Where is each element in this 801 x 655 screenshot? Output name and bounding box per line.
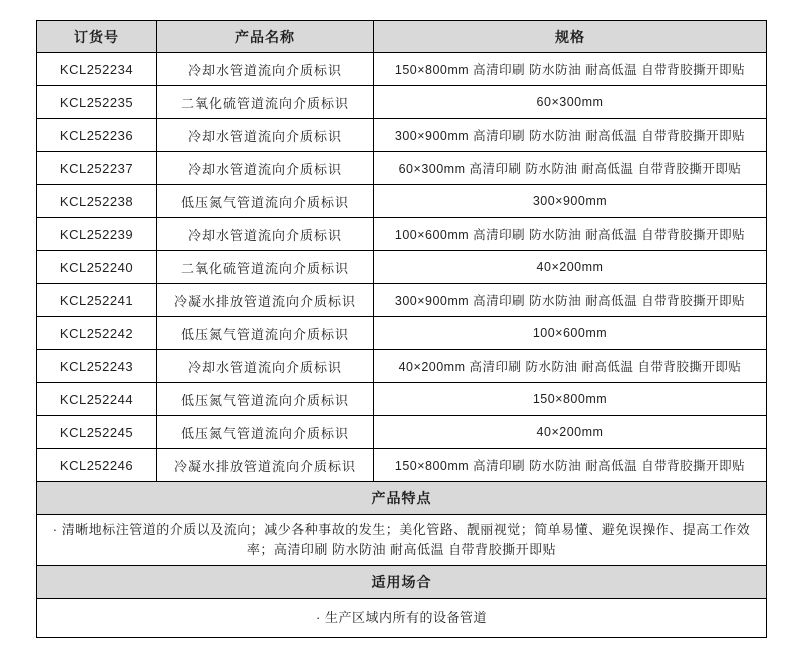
order-no-cell: KCL252246 [37,449,157,482]
spec-cell: 40×200mm [374,251,767,284]
table-row: KCL252238低压氮气管道流向介质标识300×900mm [37,185,767,218]
spec-cell: 100×600mm [374,317,767,350]
product-name-cell: 低压氮气管道流向介质标识 [157,416,374,449]
order-no-cell: KCL252238 [37,185,157,218]
table-row: KCL252246冷凝水排放管道流向介质标识150×800mm 高清印刷 防水防… [37,449,767,482]
order-no-cell: KCL252240 [37,251,157,284]
spec-cell: 150×800mm 高清印刷 防水防油 耐高低温 自带背胶撕开即贴 [374,53,767,86]
table-row: KCL252245低压氮气管道流向介质标识40×200mm [37,416,767,449]
spec-cell: 150×800mm [374,383,767,416]
product-name-cell: 低压氮气管道流向介质标识 [157,383,374,416]
spec-cell: 300×900mm 高清印刷 防水防油 耐高低温 自带背胶撕开即贴 [374,284,767,317]
product-name-cell: 二氧化硫管道流向介质标识 [157,251,374,284]
product-name-cell: 冷凝水排放管道流向介质标识 [157,449,374,482]
order-no-cell: KCL252244 [37,383,157,416]
table-row: KCL252244低压氮气管道流向介质标识150×800mm [37,383,767,416]
spec-cell: 60×300mm 高清印刷 防水防油 耐高低温 自带背胶撕开即贴 [374,152,767,185]
spec-cell: 40×200mm 高清印刷 防水防油 耐高低温 自带背胶撕开即贴 [374,350,767,383]
features-header: 产品特点 [37,482,767,515]
applications-content-row: · 生产区域内所有的设备管道 [37,599,767,638]
applications-content: · 生产区域内所有的设备管道 [37,599,767,638]
product-spec-sheet: 订货号 产品名称 规格 KCL252234冷却水管道流向介质标识150×800m… [0,0,801,638]
product-name-cell: 冷却水管道流向介质标识 [157,53,374,86]
product-name-cell: 冷却水管道流向介质标识 [157,218,374,251]
spec-cell: 40×200mm [374,416,767,449]
section-applications: 适用场合 · 生产区域内所有的设备管道 [37,566,767,638]
order-no-cell: KCL252237 [37,152,157,185]
product-rows: KCL252234冷却水管道流向介质标识150×800mm 高清印刷 防水防油 … [37,53,767,482]
table-row: KCL252243冷却水管道流向介质标识40×200mm 高清印刷 防水防油 耐… [37,350,767,383]
product-name-cell: 二氧化硫管道流向介质标识 [157,86,374,119]
column-header-order-no: 订货号 [37,21,157,53]
table-row: KCL252241冷凝水排放管道流向介质标识300×900mm 高清印刷 防水防… [37,284,767,317]
table-row: KCL252234冷却水管道流向介质标识150×800mm 高清印刷 防水防油 … [37,53,767,86]
table-row: KCL252235二氧化硫管道流向介质标识60×300mm [37,86,767,119]
order-no-cell: KCL252241 [37,284,157,317]
table-row: KCL252240二氧化硫管道流向介质标识40×200mm [37,251,767,284]
order-no-cell: KCL252235 [37,86,157,119]
product-name-cell: 冷凝水排放管道流向介质标识 [157,284,374,317]
order-no-cell: KCL252245 [37,416,157,449]
table-row: KCL252236冷却水管道流向介质标识300×900mm 高清印刷 防水防油 … [37,119,767,152]
product-name-cell: 低压氮气管道流向介质标识 [157,185,374,218]
column-header-product-name: 产品名称 [157,21,374,53]
order-no-cell: KCL252236 [37,119,157,152]
product-table: 订货号 产品名称 规格 KCL252234冷却水管道流向介质标识150×800m… [36,20,767,638]
order-no-cell: KCL252242 [37,317,157,350]
applications-header-row: 适用场合 [37,566,767,599]
product-name-cell: 冷却水管道流向介质标识 [157,119,374,152]
product-name-cell: 冷却水管道流向介质标识 [157,152,374,185]
spec-cell: 60×300mm [374,86,767,119]
applications-header: 适用场合 [37,566,767,599]
table-row: KCL252239冷却水管道流向介质标识100×600mm 高清印刷 防水防油 … [37,218,767,251]
column-header-spec: 规格 [374,21,767,53]
features-content-row: · 清晰地标注管道的介质以及流向；减少各种事故的发生；美化管路、靓丽视觉；简单易… [37,515,767,566]
section-features: 产品特点 · 清晰地标注管道的介质以及流向；减少各种事故的发生；美化管路、靓丽视… [37,482,767,566]
product-name-cell: 冷却水管道流向介质标识 [157,350,374,383]
spec-cell: 300×900mm 高清印刷 防水防油 耐高低温 自带背胶撕开即贴 [374,119,767,152]
spec-cell: 150×800mm 高清印刷 防水防油 耐高低温 自带背胶撕开即贴 [374,449,767,482]
features-content: · 清晰地标注管道的介质以及流向；减少各种事故的发生；美化管路、靓丽视觉；简单易… [37,515,767,566]
order-no-cell: KCL252234 [37,53,157,86]
header-row: 订货号 产品名称 规格 [37,21,767,53]
product-name-cell: 低压氮气管道流向介质标识 [157,317,374,350]
spec-cell: 300×900mm [374,185,767,218]
spec-cell: 100×600mm 高清印刷 防水防油 耐高低温 自带背胶撕开即贴 [374,218,767,251]
features-header-row: 产品特点 [37,482,767,515]
order-no-cell: KCL252243 [37,350,157,383]
order-no-cell: KCL252239 [37,218,157,251]
table-row: KCL252237冷却水管道流向介质标识60×300mm 高清印刷 防水防油 耐… [37,152,767,185]
table-row: KCL252242低压氮气管道流向介质标识100×600mm [37,317,767,350]
